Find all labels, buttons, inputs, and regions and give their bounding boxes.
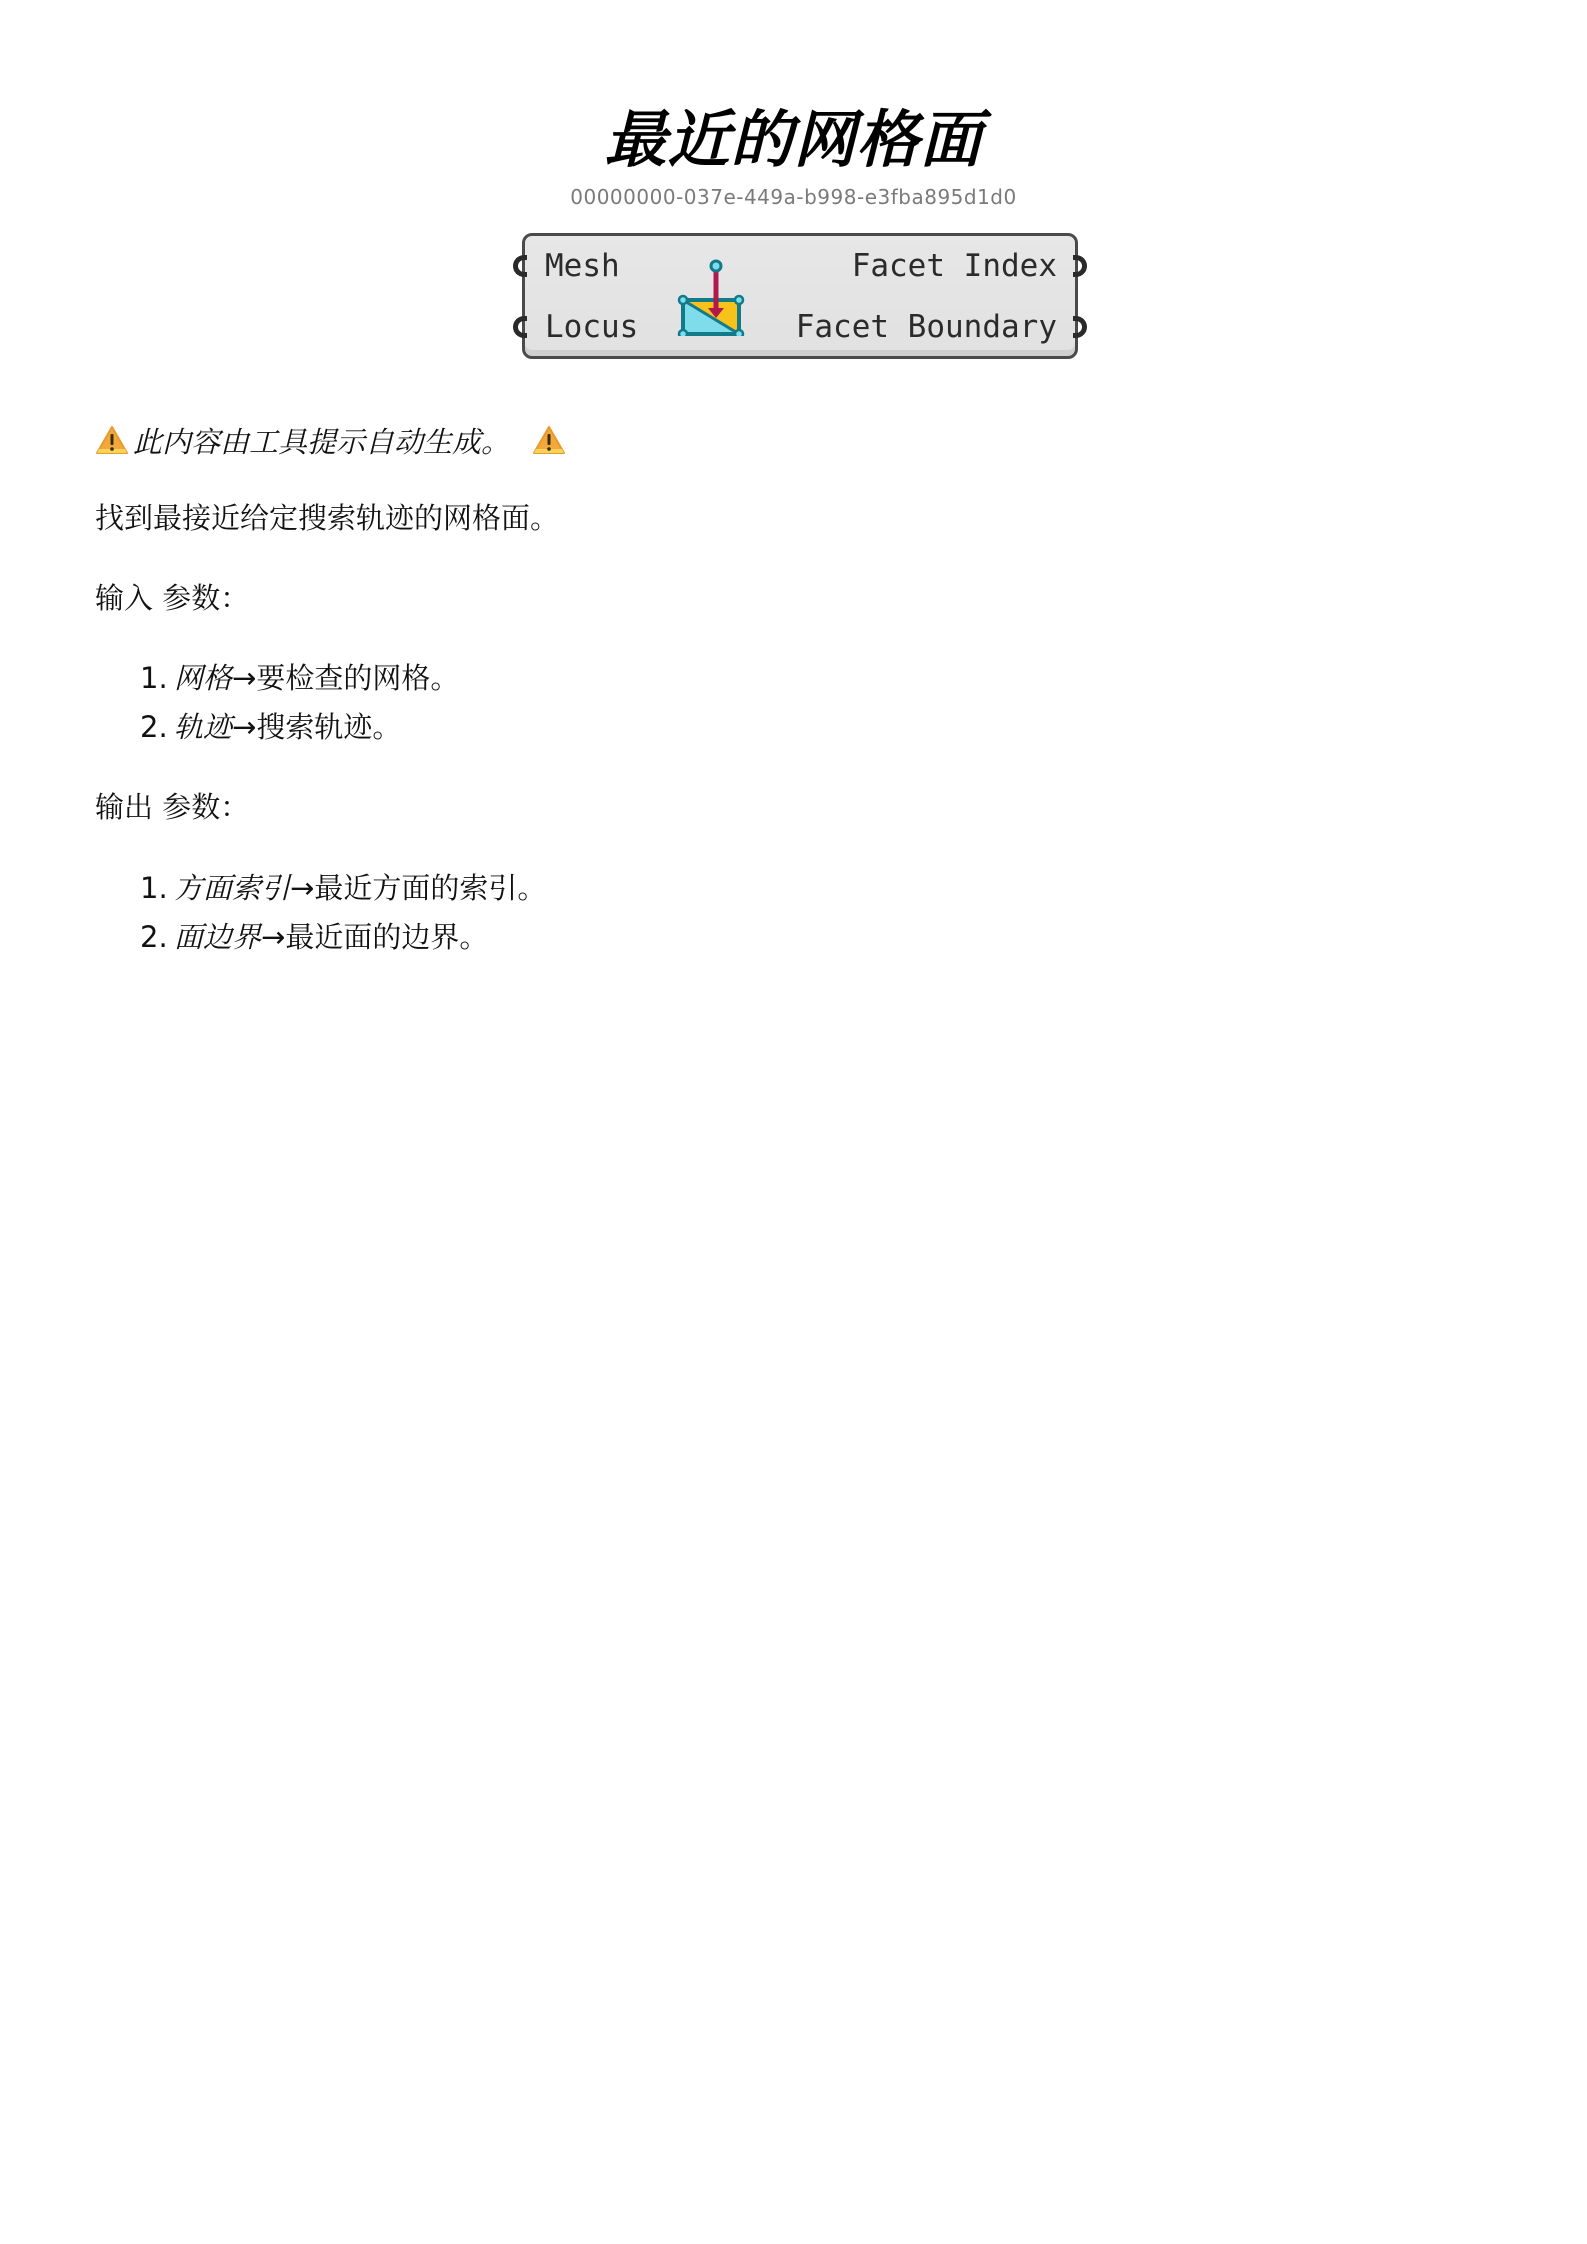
item-term: 轨迹 (174, 710, 232, 744)
arrow: → (290, 871, 314, 905)
grasshopper-component[interactable]: Mesh Locus Facet Index Facet Boundary (522, 233, 1078, 359)
item-desc: 要检查的网格。 (256, 661, 459, 695)
input-port-locus[interactable] (513, 316, 527, 338)
auto-generated-notice: 此内容由工具提示自动生成。 (95, 418, 570, 462)
item-number: 2. (140, 913, 174, 962)
component-description: 找到最接近给定搜索轨迹的网格面。 (95, 496, 559, 540)
list-item: 2.轨迹→搜索轨迹。 (140, 703, 459, 752)
output-port-facet-index[interactable] (1073, 255, 1087, 277)
outputs-list: 1.方面索引→最近方面的索引。 2.面边界→最近面的边界。 (140, 864, 546, 962)
list-item: 1.方面索引→最近方面的索引。 (140, 864, 546, 913)
inputs-list: 1.网格→要检查的网格。 2.轨迹→搜索轨迹。 (140, 654, 459, 752)
item-number: 1. (140, 864, 174, 913)
item-number: 2. (140, 703, 174, 752)
output-port-facet-boundary[interactable] (1073, 316, 1087, 338)
page-title: 最近的网格面 (0, 100, 1587, 180)
mesh-closest-face-icon (675, 256, 747, 336)
arrow: → (232, 710, 256, 744)
item-desc: 最近面的边界。 (285, 920, 488, 954)
item-term: 网格 (174, 661, 232, 695)
notice-text: 此内容由工具提示自动生成。 (133, 420, 510, 461)
item-desc: 最近方面的索引。 (314, 871, 546, 905)
list-item: 2.面边界→最近面的边界。 (140, 913, 546, 962)
item-term: 面边界 (174, 920, 261, 954)
component-guid: 00000000-037e-449a-b998-e3fba895d1d0 (0, 185, 1587, 209)
outputs-heading: 输出 参数： (95, 785, 249, 829)
item-term: 方面索引 (174, 871, 290, 905)
warning-icon (532, 424, 566, 456)
warning-icon (95, 424, 129, 456)
input-label-mesh: Mesh (545, 248, 620, 284)
input-label-locus: Locus (545, 309, 638, 345)
arrow: → (261, 920, 285, 954)
item-number: 1. (140, 654, 174, 703)
input-port-mesh[interactable] (513, 255, 527, 277)
list-item: 1.网格→要检查的网格。 (140, 654, 459, 703)
output-label-facet-boundary: Facet Boundary (796, 309, 1057, 345)
inputs-heading: 输入 参数： (95, 576, 249, 620)
output-label-facet-index: Facet Index (852, 248, 1057, 284)
item-desc: 搜索轨迹。 (256, 710, 401, 744)
arrow: → (232, 661, 256, 695)
